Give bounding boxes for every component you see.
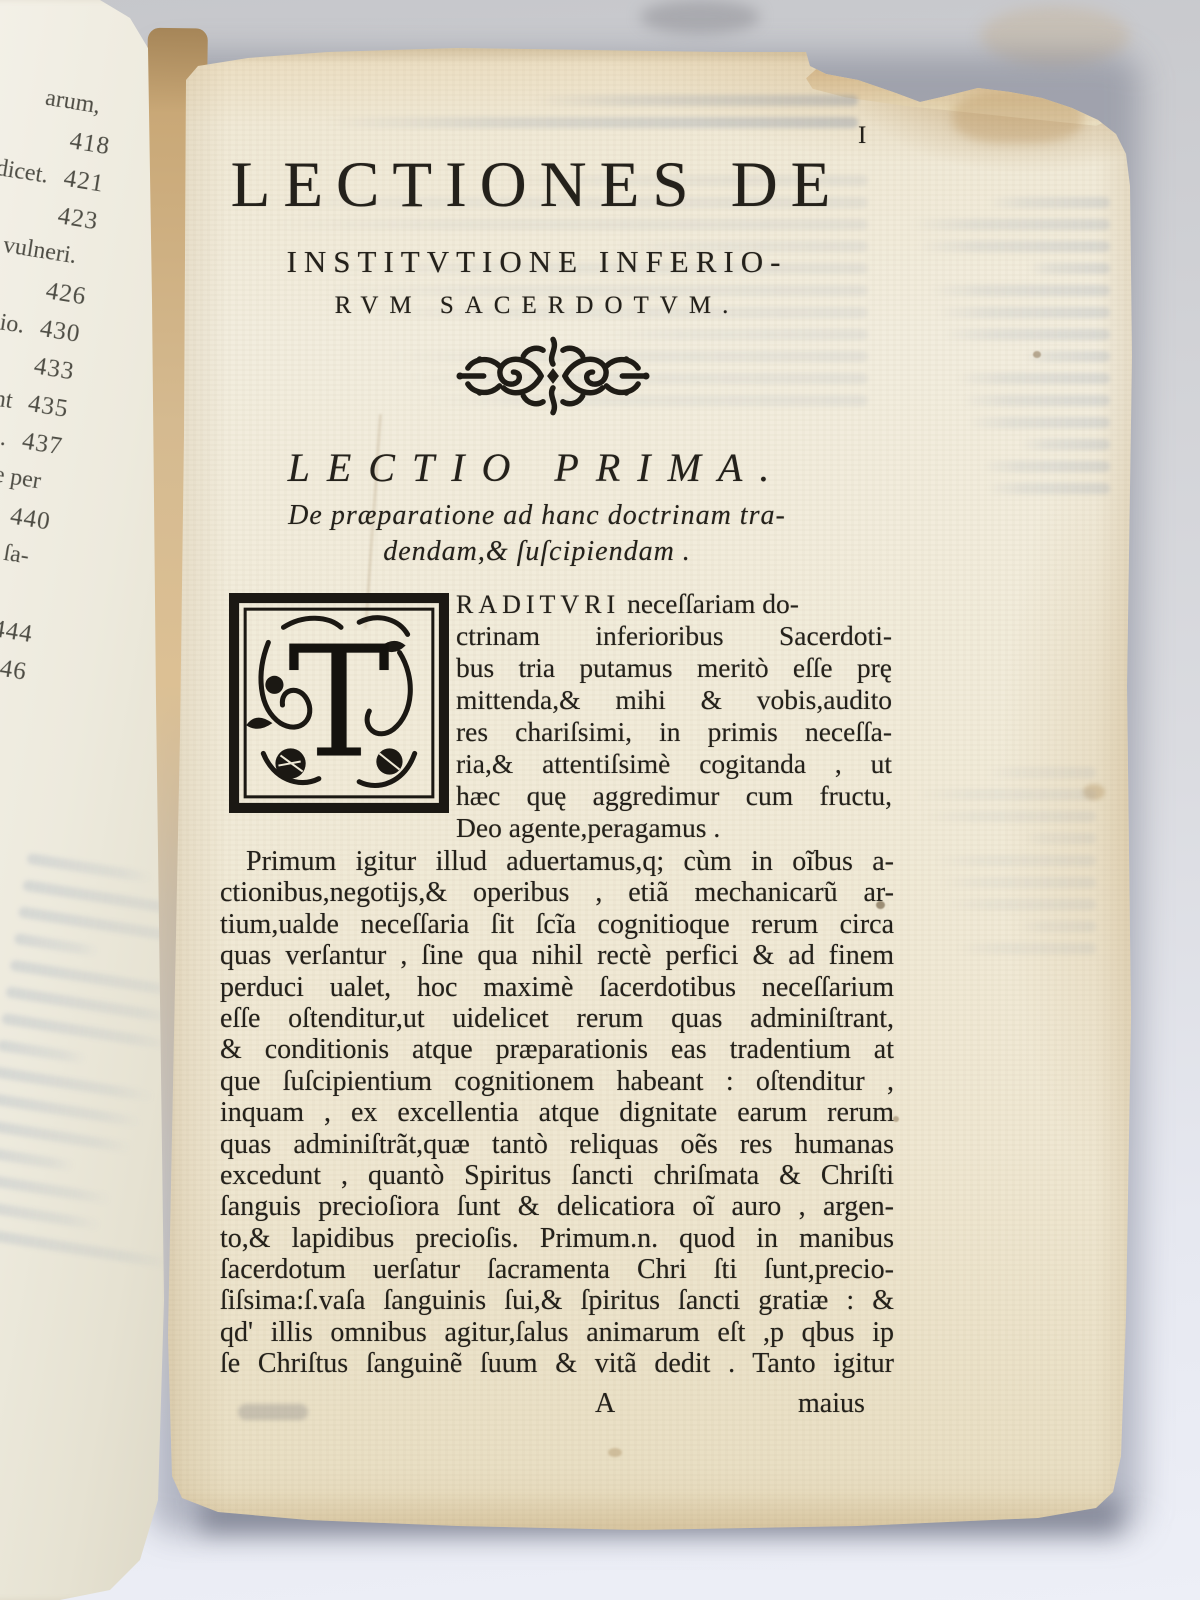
book-page: I LECTIONES DE INSTITVTIONE INFERIO- RVM… <box>158 36 1138 1546</box>
index-page-number: 437 <box>20 427 64 461</box>
bleedthrough-line <box>14 933 100 957</box>
section-heading: LECTIO PRIMA. <box>184 444 890 491</box>
index-text: arum, <box>43 85 102 120</box>
body-line: inquam , ex excellentia atque dignitate … <box>220 1097 894 1128</box>
body-line: & conditionis atque præparationis eas tr… <box>220 1034 894 1065</box>
body-line: ſe Chriſtus ſanguinẽ ſuum & vitã dedit .… <box>220 1348 894 1379</box>
intro-line: ria,& attentiſsimè cogitanda , ut <box>456 748 892 780</box>
intro-line: RADITVRI neceſſariam do- <box>456 588 892 620</box>
index-page-number: 440 <box>8 503 52 537</box>
body-line: perduci ualet, hoc maximè ſacerdotibus n… <box>220 972 894 1003</box>
body-line: Primum igitur illud aduertamus,q; cùm in… <box>220 846 894 877</box>
bleedthrough-line <box>0 1226 177 1270</box>
intro-lead-word: RADITVRI <box>456 590 620 619</box>
intro-line: res chariſsimi, in primis neceſſa- <box>456 716 892 748</box>
title-line-1: LECTIONES DE <box>184 148 890 223</box>
intro-line: ctrinam inferioribus Sacerdoti- <box>456 620 892 652</box>
intro-paragraph: RADITVRI neceſſariam do- ctrinam inferio… <box>456 588 892 844</box>
intro-line: mittenda,& mihi & vobis,audito <box>456 684 892 716</box>
bleedthrough-line <box>0 1039 88 1064</box>
bleedthrough-line <box>0 1146 75 1172</box>
signature-mark: A <box>595 1388 615 1420</box>
index-page-number: 426 <box>44 277 88 311</box>
index-text: olio. <box>0 307 26 340</box>
catchword: maius <box>798 1388 865 1420</box>
index-page-number: 421 <box>62 165 106 199</box>
index-page-number: 435 <box>26 390 70 424</box>
body-line: ſanguis precioſiora ſunt & delicatiora o… <box>220 1191 894 1222</box>
printed-content: I LECTIONES DE INSTITVTIONE INFERIO- RVM… <box>158 36 1138 1546</box>
bleedthrough-line <box>0 1066 155 1102</box>
title-line-3: RVM SACERDOTVM. <box>184 292 890 320</box>
body-line: excedunt , quantò Spiritus ſancti chriſm… <box>220 1160 894 1191</box>
background-smudge <box>640 0 760 34</box>
folio-number: I <box>858 122 867 150</box>
printer-ornament-icon <box>454 334 652 423</box>
body-line: que ſuſcipientium cognitionem habeant : … <box>220 1066 894 1097</box>
body-line: ſacerdotum uerſatur ſacramenta Chri ſti … <box>220 1254 894 1285</box>
body-line: quas verſantur , ſine qua nihil rectè pe… <box>220 940 894 971</box>
bleedthrough-line <box>26 853 154 884</box>
body-line: tium,ualde neceſſaria ſit ſcĩa cognitioq… <box>220 909 894 940</box>
section-subtitle-line-1: De præparatione ad hanc doctrinam tra- <box>184 500 890 532</box>
intro-line: Deo agente,peragamus . <box>456 812 892 844</box>
body-line: to,& lapidibus precioſis. Primum.n. quod… <box>220 1223 894 1254</box>
body-paragraph: Primum igitur illud aduertamus,q; cùm in… <box>220 846 894 1380</box>
index-page-number: 444 <box>0 615 35 649</box>
index-page-number: 346 <box>0 653 29 687</box>
intro-line: hæc quę aggredimur cum fructu, <box>456 780 892 812</box>
body-line: eſſe oſtenditur,ut uidelicet rerum quas … <box>220 1003 894 1034</box>
index-page-number: 430 <box>38 315 82 349</box>
bleedthrough-line <box>0 1119 134 1153</box>
title-line-2: INSTITVTIONE INFERIO- <box>184 244 890 280</box>
bleedthrough-line <box>0 1093 144 1128</box>
body-line: ſiſsima:ſ.vaſa ſanguinis ſui,& ſpiritus … <box>220 1285 894 1316</box>
signature-row: A maius <box>220 1388 894 1420</box>
index-page-number: 433 <box>32 352 76 386</box>
bleedthrough-line <box>0 1199 101 1230</box>
index-page-number: 418 <box>68 127 112 161</box>
section-subtitle-line-2: dendam,& ſuſcipiendam . <box>184 536 890 568</box>
book-photo: { "book": { "folio": "I", "title_lines":… <box>0 0 1200 1600</box>
drop-cap-letter: T <box>288 614 390 792</box>
bleedthrough-line <box>0 1173 112 1205</box>
facing-page-index: arum, 418 dicet.421 423 arum vulneri. 42… <box>0 55 118 696</box>
body-line: qd' illis omnibus agitur,ſalus animarum … <box>220 1317 894 1348</box>
body-line: ctionibus,negotijs,& operibus , etiã mec… <box>220 877 894 908</box>
intro-line-rest: neceſſariam do- <box>620 588 799 619</box>
facing-page: arum, 418 dicet.421 423 arum vulneri. 42… <box>0 0 176 1600</box>
intro-line: bus tria putamus meritò eſſe prę <box>456 652 892 684</box>
drop-cap-initial: T <box>228 592 450 819</box>
body-line: quas adminiſtrãt,quæ tantò reliquas oẽs … <box>220 1129 894 1160</box>
index-page-number: 423 <box>56 202 100 236</box>
index-text: dicet. <box>0 155 50 190</box>
